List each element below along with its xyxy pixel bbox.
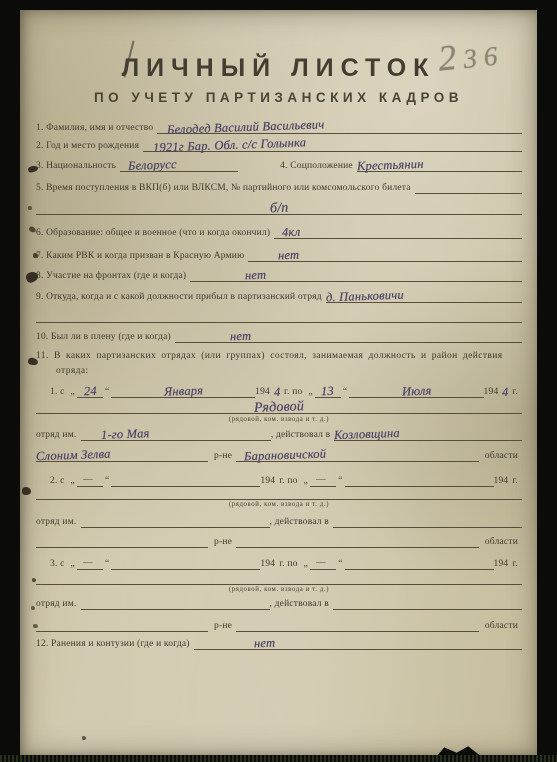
field-12-row: 12. Ранения и контузии (где и когда) нет [36, 636, 522, 650]
district-label: р-не [208, 451, 236, 462]
unit-label: отряд им. [36, 517, 81, 528]
open-quote: „ [302, 559, 310, 570]
field-3-value: Белорусс [128, 160, 177, 172]
service-period-3-day-from: — [77, 558, 95, 569]
field-2-row: 2. Год и место рождения 1921г Бар. Обл. … [36, 138, 522, 152]
close-quote: “ [336, 559, 344, 570]
region-underline [236, 617, 479, 632]
service-period-3-unit-row: отряд им. , действовал в [36, 596, 522, 610]
field-7-value: нет [278, 251, 300, 262]
field-4-underline: Крестьянин [357, 157, 522, 172]
field-8-underline: нет [190, 267, 522, 282]
field-2-label: 2. Год и место рождения [36, 141, 143, 152]
year-to-prefix: 194 [484, 387, 503, 398]
month-from-underline: Января [111, 383, 255, 398]
service-period-1-place: Слоним Зелва [36, 450, 111, 463]
field-11-label: 11. В каких партизанских отрядах (или гр… [36, 351, 522, 361]
district-label: р-не [208, 621, 236, 632]
unit-label: отряд им. [36, 599, 81, 610]
day-to-underline: 13 [315, 383, 341, 398]
field-1-underline: Белодед Василий Васильевич [157, 119, 522, 134]
field-9-label: 9. Откуда, когда и с какой должности при… [36, 292, 326, 303]
field-9-extra-underline-row [36, 309, 522, 323]
region-underline [236, 533, 479, 548]
field-6-label: 6. Образование: общее и военное (что и к… [36, 228, 274, 239]
ink-speck [33, 624, 38, 628]
place-underline [36, 533, 208, 548]
acted-underline [333, 595, 522, 610]
place-underline: Слоним Зелва [36, 447, 208, 462]
field-7-row: 7. Каким РВК и когда призван в Красную А… [36, 248, 522, 262]
month-to-underline [345, 555, 494, 570]
year-mid-label: г. по [284, 387, 306, 398]
service-period-3-number: 3. с [50, 559, 69, 570]
document-subtitle: ПО УЧЕТУ ПАРТИЗАНСКИХ КАДРОВ [20, 90, 537, 105]
field-2-underline: 1921г Бар. Обл. с/с Голынка [143, 137, 522, 152]
field-5-value-underline: б/п [36, 200, 522, 215]
field-11-label-line2: отряда: [36, 366, 522, 376]
close-quote: “ [341, 387, 349, 398]
ink-speck [33, 253, 38, 258]
field-3-underline: Белорусс [120, 157, 238, 172]
service-period-2-region-row: р-не области [36, 534, 522, 548]
acted-underline: Козловщина [334, 426, 522, 441]
field-2-value: 1921г Бар. Обл. с/с Голынка [153, 138, 306, 153]
service-period-1-year-from: 4 [274, 388, 283, 398]
district-label: р-не [208, 537, 236, 548]
field-1-label: 1. Фамилия, имя и отчество [36, 123, 157, 134]
field-8-label: 8. Участие на фронтах (где и когда) [36, 271, 190, 282]
service-period-2-position-row [36, 486, 522, 500]
service-period-1-day-from: 24 [83, 387, 96, 397]
unit-label: отряд им. [36, 430, 81, 441]
close-quote: “ [103, 387, 111, 398]
position-underline [36, 570, 522, 585]
day-from-underline: — [77, 555, 103, 570]
year-from-prefix: 194 [255, 387, 274, 398]
region-label: области [479, 451, 522, 462]
service-period-3-day-to: — [310, 558, 328, 569]
service-period-1-position: Рядовой [254, 402, 304, 414]
day-from-underline: 24 [77, 383, 103, 398]
service-period-1-month-from: Января [164, 386, 203, 397]
service-period-1-year-to: 4 [502, 388, 511, 398]
service-period-3-region-row: р-не области [36, 618, 522, 632]
service-period-3-position-row [36, 571, 522, 585]
open-quote: „ [69, 387, 77, 398]
field-3-label: 3. Национальность [36, 161, 120, 172]
field-5-row: 5. Время поступления в ВКП(б) или ВЛКСМ,… [36, 180, 522, 194]
field-5-value-row: б/п [36, 201, 522, 215]
acted-label: , действовал в [270, 517, 334, 528]
ink-speck [82, 736, 86, 740]
field-9-row: 9. Откуда, когда и с какой должности при… [36, 289, 522, 303]
field-5-value: б/п [270, 204, 289, 215]
position-hint: (рядовой, ком. взвода и т. д.) [36, 501, 522, 508]
position-underline: Рядовой [36, 399, 522, 414]
field-6-row: 6. Образование: общее и военное (что и к… [36, 225, 522, 239]
field-12-underline: нет [194, 635, 522, 650]
service-period-1-region: Барановичской [244, 450, 327, 463]
year-mid-label: г. по [279, 559, 301, 570]
field-10-label: 10. Был ли в плену (где и когда) [36, 332, 175, 343]
field-9-value: д. Паньковичи [326, 291, 404, 304]
close-quote: “ [103, 559, 111, 570]
service-period-1-month-to: Июля [401, 386, 431, 397]
field-12-value: нет [253, 639, 275, 650]
day-to-underline: — [310, 555, 336, 570]
field-9-underline: д. Паньковичи [326, 288, 522, 303]
service-period-1-unit-row: отряд им. 1-го Мая , действовал в Козлов… [36, 427, 522, 441]
scan-edge-texture [0, 755, 557, 762]
year-end-label: г. [512, 559, 522, 570]
field-10-underline: нет [175, 328, 522, 343]
document-sheet: ЛИЧНЫЙ ЛИСТОК ПО УЧЕТУ ПАРТИЗАНСКИХ КАДР… [20, 10, 537, 756]
field-7-underline: нет [248, 247, 522, 262]
ink-speck [32, 578, 36, 582]
field-4-label: 4. Соцположение [280, 161, 357, 172]
place-underline [36, 617, 208, 632]
field-1-value: Белодед Василий Васильевич [167, 120, 325, 135]
position-hint: (рядовой, ком. взвода и т. д.) [36, 586, 522, 593]
field-5-underline [415, 179, 522, 194]
position-hint: (рядовой, ком. взвода и т. д.) [36, 416, 522, 423]
service-period-2-unit-row: отряд им. , действовал в [36, 514, 522, 528]
unit-underline [81, 595, 270, 610]
unit-underline [81, 513, 270, 528]
service-period-1-acted-in: Козловщина [334, 429, 400, 441]
year-from-prefix: 194 [260, 559, 279, 570]
field-6-value: 4кл [282, 228, 301, 239]
ink-speck [31, 606, 35, 610]
field-7-label: 7. Каким РВК и когда призван в Красную А… [36, 251, 248, 262]
field-1-row: 1. Фамилия, имя и отчество Белодед Васил… [36, 120, 522, 134]
field-8-row: 8. Участие на фронтах (где и когда) нет [36, 268, 522, 282]
field-12-label: 12. Ранения и контузии (где и когда) [36, 639, 194, 650]
field-6-underline: 4кл [274, 224, 522, 239]
field-9-extra-underline [36, 308, 522, 323]
acted-label: , действовал в [271, 430, 335, 441]
open-quote: „ [306, 387, 314, 398]
service-period-1-unit: 1-го Мая [100, 429, 149, 441]
open-quote: „ [69, 559, 77, 570]
field-8-value: нет [245, 271, 267, 282]
field-4-value: Крестьянин [357, 160, 424, 172]
field-5-label: 5. Время поступления в ВКП(б) или ВЛКСМ,… [36, 183, 415, 194]
service-period-1-dates-row: 1. с „ 24 “ Января 194 4 г. по „ 13 “ Ию… [36, 384, 522, 398]
year-to-prefix: 194 [494, 559, 513, 570]
month-from-underline [111, 555, 260, 570]
field-10-row: 10. Был ли в плену (где и когда) нет [36, 329, 522, 343]
field-10-value: нет [230, 332, 252, 343]
ink-speck [28, 206, 32, 210]
region-underline: Барановичской [236, 447, 479, 462]
region-label: области [479, 537, 522, 548]
acted-label: , действовал в [270, 599, 334, 610]
year-end-label: г. [512, 387, 522, 398]
field-3-4-row: 3. Национальность Белорусс 4. Соцположен… [36, 158, 522, 172]
service-period-1-position-row: Рядовой [36, 400, 522, 414]
service-period-1-number: 1. с [50, 387, 69, 398]
service-period-1-region-row: Слоним Зелва р-не Барановичской области [36, 448, 522, 462]
unit-underline: 1-го Мая [81, 426, 271, 441]
service-period-3-dates-row: 3. с „ — “ 194 г. по „ — “ 194 г. [36, 556, 522, 570]
month-to-underline: Июля [349, 383, 483, 398]
service-period-1-day-to: 13 [321, 387, 334, 397]
acted-underline [333, 513, 522, 528]
position-underline [36, 485, 522, 500]
ink-speck [22, 487, 31, 495]
region-label: области [479, 621, 522, 632]
